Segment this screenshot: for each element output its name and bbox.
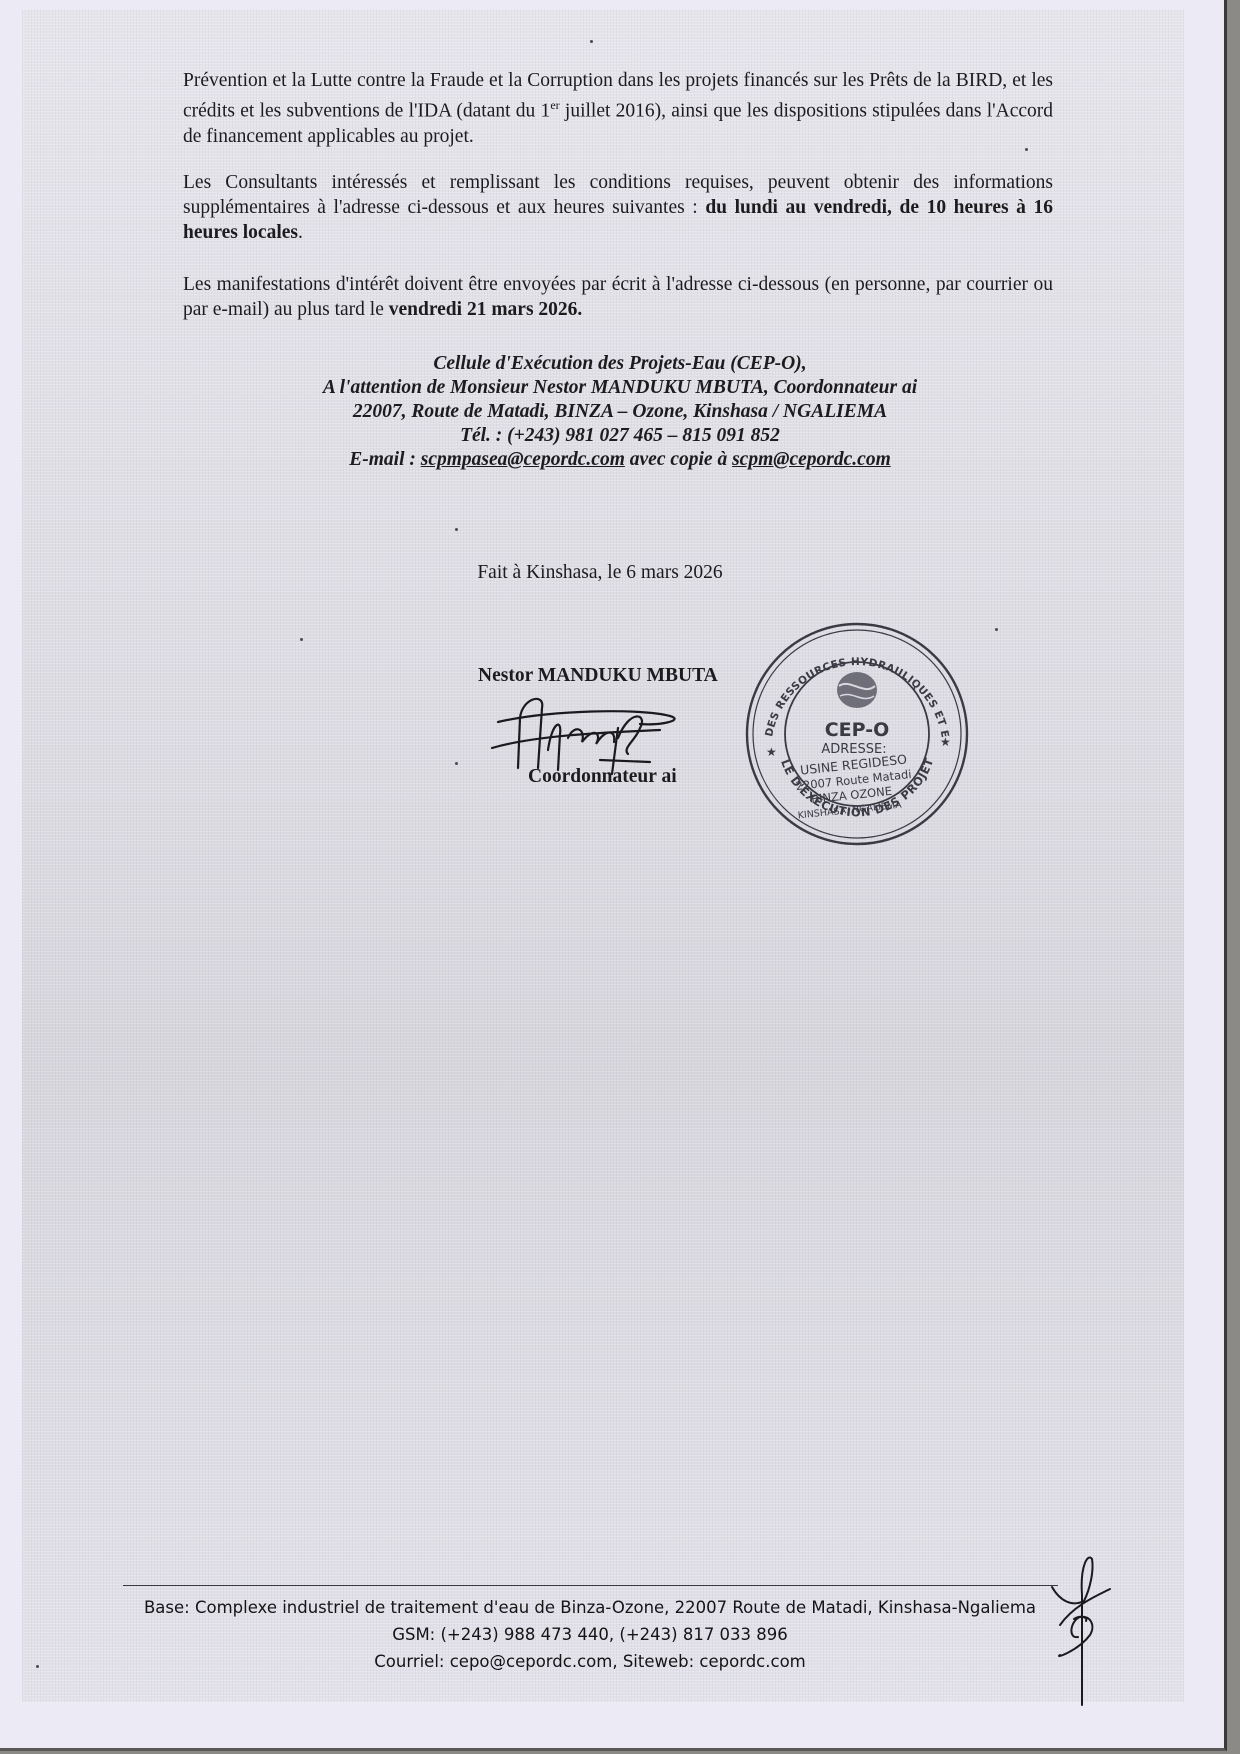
address-attention: A l'attention de Monsieur Nestor MANDUKU…: [260, 376, 980, 400]
page-sheet: Prévention et la Lutte contre la Fraude …: [0, 0, 1227, 1751]
deadline-date: vendredi 21 mars 2026.: [389, 299, 583, 320]
contact-address-block: Cellule d'Exécution des Projets-Eau (CEP…: [260, 352, 980, 472]
paragraph-submission-deadline: Les manifestations d'intérêt doivent êtr…: [183, 272, 1053, 322]
address-street: 22007, Route de Matadi, BINZA – Ozone, K…: [260, 400, 980, 424]
letterhead-footer: Base: Complexe industriel de traitement …: [100, 1594, 1080, 1675]
ordinal-superscript: er: [550, 98, 559, 112]
scan-speck: [300, 638, 303, 641]
svg-text:★: ★: [766, 745, 777, 759]
svg-text:★: ★: [940, 735, 951, 749]
scan-speck: [36, 1665, 39, 1668]
scan-speck: [455, 528, 458, 531]
signer-title: Coordonnateur ai: [528, 766, 677, 788]
email-primary-link[interactable]: scpmpasea@cepordc.com: [421, 449, 625, 470]
footer-gsm: GSM: (+243) 988 473 440, (+243) 817 033 …: [100, 1621, 1080, 1648]
address-phone: Tél. : (+243) 981 027 465 – 815 091 852: [260, 424, 980, 448]
scanned-page-area: [22, 10, 1184, 1702]
footer-base-address: Base: Complexe industriel de traitement …: [100, 1594, 1080, 1621]
address-email-line: E-mail : scpmpasea@cepordc.com avec copi…: [260, 448, 980, 472]
footer-divider: [123, 1585, 1058, 1586]
email-copy-link[interactable]: scpm@cepordc.com: [732, 449, 891, 470]
official-stamp-icon: MINISTERE DES RESSOURCES HYDRAULIQUES ET…: [742, 618, 972, 850]
paragraph-text: .: [298, 222, 303, 243]
email-label: E-mail :: [349, 449, 421, 470]
paragraph-text: Les manifestations d'intérêt doivent êtr…: [183, 274, 1053, 320]
svg-text:CEP-O: CEP-O: [825, 719, 890, 741]
scan-speck: [995, 628, 998, 631]
scan-speck: [590, 40, 593, 43]
paragraph-information-hours: Les Consultants intéressés et remplissan…: [183, 170, 1053, 245]
scan-speck: [455, 762, 458, 765]
address-org: Cellule d'Exécution des Projets-Eau (CEP…: [260, 352, 980, 376]
email-copy-label: avec copie à: [625, 449, 732, 470]
handwritten-initials-icon: [1050, 1555, 1120, 1715]
handwritten-signature-icon: [490, 688, 690, 778]
scan-speck: [1025, 148, 1028, 151]
signer-name: Nestor MANDUKU MBUTA: [478, 665, 718, 687]
date-line: Fait à Kinshasa, le 6 mars 2026: [400, 560, 800, 585]
footer-contact: Courriel: cepo@cepordc.com, Siteweb: cep…: [100, 1648, 1080, 1675]
paragraph-fraud-corruption: Prévention et la Lutte contre la Fraude …: [183, 68, 1053, 149]
